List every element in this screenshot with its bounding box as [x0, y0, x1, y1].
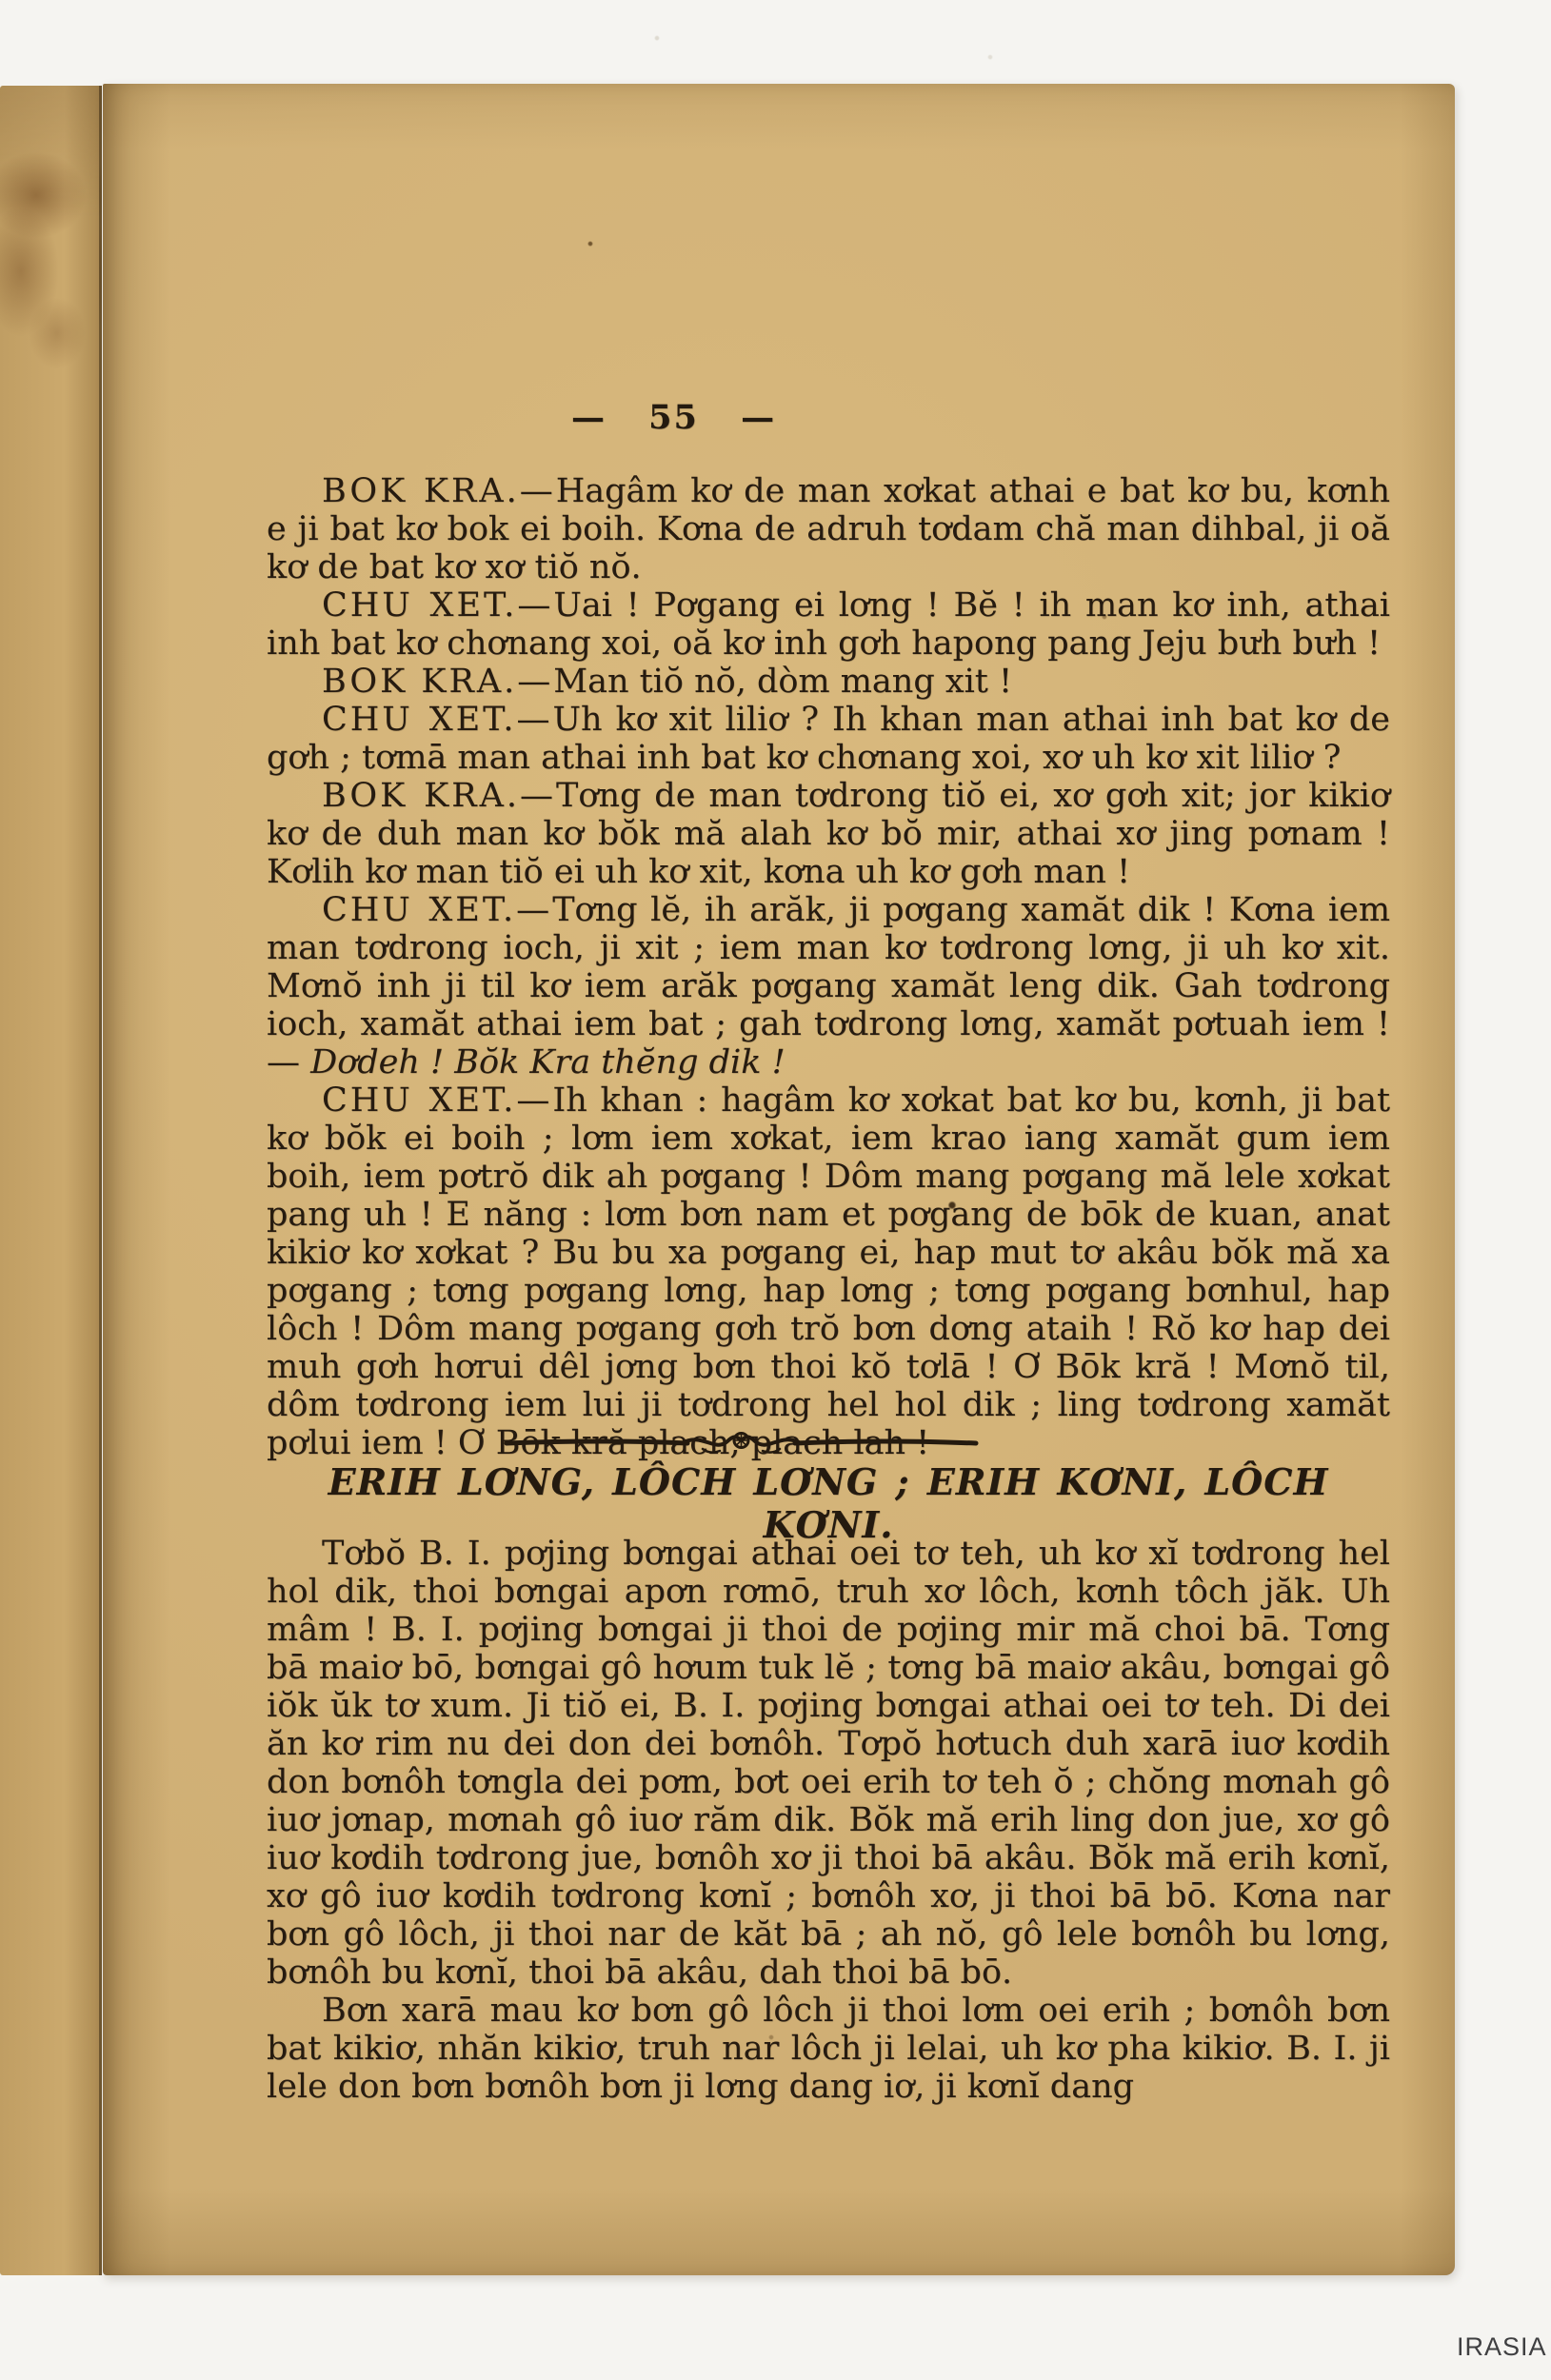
facing-page-edge — [0, 86, 102, 2275]
dialogue-paragraph: BOK KRA.—Hagâm kơ de man xơkat athai e b… — [267, 472, 1390, 586]
section-block: Tơbŏ B. I. pơjing bơngai athai oei tơ te… — [267, 1535, 1390, 2106]
page-number: — 55 — — [571, 398, 776, 437]
dialogue-text: Man tiŏ nŏ, dòm mang xit ! — [553, 663, 1012, 701]
dialogue-paragraph: CHU XET.—Tơng lĕ, ih arăk, ji pơgang xam… — [267, 891, 1390, 1081]
speaker-label: CHU XET.— — [322, 701, 553, 739]
speaker-label: CHU XET.— — [322, 891, 552, 929]
speaker-label: BOK KRA.— — [322, 472, 556, 510]
section-paragraph: Bơn xarā mau kơ bơn gô lôch ji thoi lơm … — [267, 1992, 1390, 2106]
dialogue-block: BOK KRA.—Hagâm kơ de man xơkat athai e b… — [267, 472, 1390, 1462]
dialogue-paragraph: BOK KRA.—Tơng de man tơdrong tiŏ ei, xơ … — [267, 777, 1390, 891]
dialogue-paragraph: CHU XET.—Ih khan : hagâm kơ xơkat bat kơ… — [267, 1081, 1390, 1462]
section-divider-ornament-icon — [501, 1424, 982, 1458]
dialogue-italic-tail: Dơdeh ! Bŏk Kra thĕng dik ! — [310, 1043, 785, 1081]
speaker-label: CHU XET.— — [322, 1081, 552, 1120]
speaker-label: CHU XET.— — [322, 586, 553, 625]
dialogue-paragraph: CHU XET.—Uai ! Pơgang ei lơng ! Bĕ ! ih … — [267, 586, 1390, 663]
section-paragraph: Tơbŏ B. I. pơjing bơngai athai oei tơ te… — [267, 1535, 1390, 1992]
watermark-label: IRASIA — [1457, 2332, 1547, 2362]
dialogue-paragraph: BOK KRA.—Man tiŏ nŏ, dòm mang xit ! — [267, 663, 1390, 701]
speaker-label: BOK KRA.— — [322, 663, 553, 701]
section-heading: ERIH LƠNG, LÔCH LƠNG ; ERIH KƠNI, LÔCH K… — [267, 1460, 1390, 1546]
speaker-label: BOK KRA.— — [322, 777, 556, 815]
book-page: — 55 — BOK KRA.—Hagâm kơ de man xơkat at… — [103, 84, 1455, 2275]
dialogue-text: Ih khan : hagâm kơ xơkat bat kơ bu, kơnh… — [267, 1081, 1390, 1462]
dialogue-paragraph: CHU XET.—Uh kơ xit liliơ ? Ih khan man a… — [267, 701, 1390, 777]
